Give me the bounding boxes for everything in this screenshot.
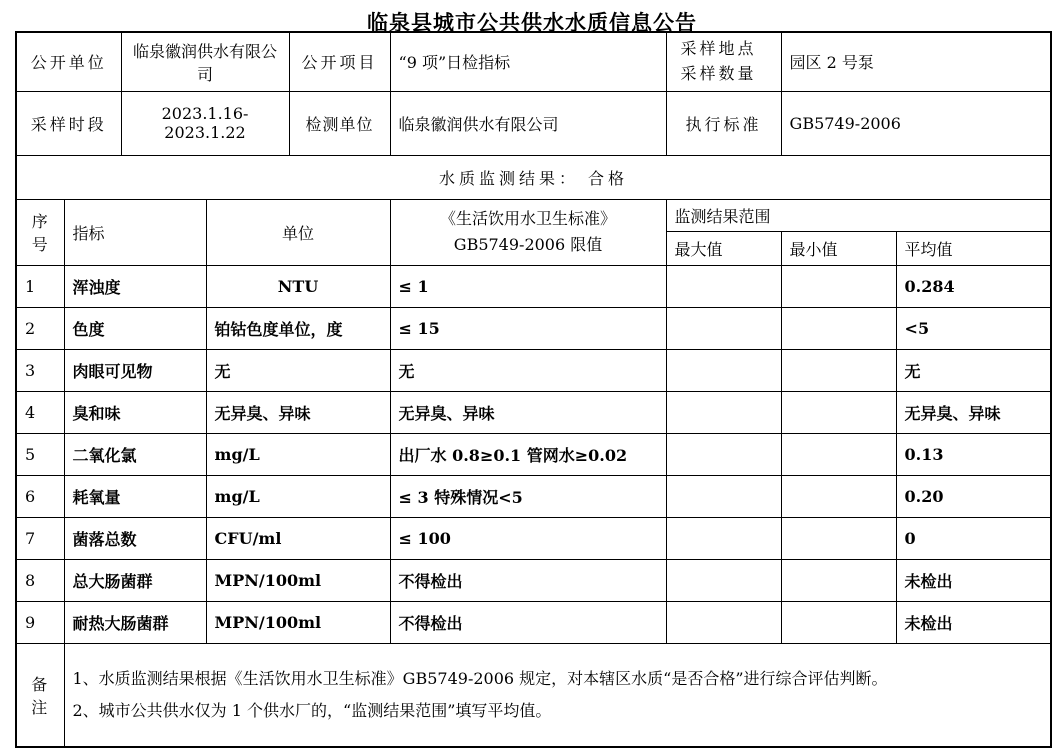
cell-seq: 4 xyxy=(16,391,64,433)
remarks-row: 备注 1、水质监测结果根据《生活饮用水卫生标准》GB5749-2006 规定，对… xyxy=(16,643,1051,747)
cell-limit: ≤ 15 xyxy=(390,307,666,349)
standard-label: 执行标准 xyxy=(666,91,781,155)
remarks-line-2: 2、城市公共供水仅为 1 个供水厂的，“监测结果范围”填写平均值。 xyxy=(73,695,1043,727)
cell-min xyxy=(781,601,896,643)
cell-seq: 2 xyxy=(16,307,64,349)
cell-indicator: 臭和味 xyxy=(64,391,206,433)
cell-indicator: 浑浊度 xyxy=(64,265,206,307)
cell-max xyxy=(666,265,781,307)
cell-limit: ≤ 3 特殊情况<5 xyxy=(390,475,666,517)
cell-min xyxy=(781,433,896,475)
cell-indicator: 耐热大肠菌群 xyxy=(64,601,206,643)
table-row: 4 臭和味 无异臭、异味 无异臭、异味 无异臭、异味 xyxy=(16,391,1051,433)
cell-max xyxy=(666,349,781,391)
header-limit-line1: 《生活饮用水卫生标准》 xyxy=(399,206,658,232)
testing-unit-label: 检测单位 xyxy=(289,91,390,155)
cell-seq: 6 xyxy=(16,475,64,517)
cell-indicator: 总大肠菌群 xyxy=(64,559,206,601)
cell-limit: ≤ 1 xyxy=(390,265,666,307)
sampling-site-label-line2: 采样数量 xyxy=(675,62,773,87)
cell-unit: MPN/100ml xyxy=(206,601,390,643)
cell-unit: NTU xyxy=(206,265,390,307)
header-unit: 单位 xyxy=(206,199,390,265)
remarks-line-1: 1、水质监测结果根据《生活饮用水卫生标准》GB5749-2006 规定，对本辖区… xyxy=(73,663,1043,695)
cell-avg: 0.20 xyxy=(896,475,1051,517)
sampling-period-value: 2023.1.16-2023.1.22 xyxy=(121,91,289,155)
cell-avg: 0.284 xyxy=(896,265,1051,307)
sampling-site-label-line1: 采样地点 xyxy=(675,37,773,62)
cell-avg: 0 xyxy=(896,517,1051,559)
cell-seq: 1 xyxy=(16,265,64,307)
header-limit-line2: GB5749-2006 限值 xyxy=(399,232,658,258)
table-header-row-1: 序号 指标 单位 《生活饮用水卫生标准》 GB5749-2006 限值 监测结果… xyxy=(16,199,1051,231)
cell-min xyxy=(781,517,896,559)
cell-min xyxy=(781,349,896,391)
header-limit: 《生活饮用水卫生标准》 GB5749-2006 限值 xyxy=(390,199,666,265)
water-quality-table: 公开单位 临泉徽润供水有限公司 公开项目 “9 项”日检指标 采样地点 采样数量… xyxy=(15,31,1052,748)
sampling-period-label: 采样时段 xyxy=(16,91,121,155)
cell-min xyxy=(781,559,896,601)
cell-max xyxy=(666,391,781,433)
info-row-2: 采样时段 2023.1.16-2023.1.22 检测单位 临泉徽润供水有限公司… xyxy=(16,91,1051,155)
cell-avg: 无 xyxy=(896,349,1051,391)
table-row: 5 二氧化氯 mg/L 出厂水 0.8≥0.1 管网水≥0.02 0.13 xyxy=(16,433,1051,475)
result-banner-row: 水质监测结果： 合格 xyxy=(16,155,1051,199)
cell-seq: 3 xyxy=(16,349,64,391)
info-row-1: 公开单位 临泉徽润供水有限公司 公开项目 “9 项”日检指标 采样地点 采样数量… xyxy=(16,32,1051,91)
cell-limit: 无 xyxy=(390,349,666,391)
remarks-text: 1、水质监测结果根据《生活饮用水卫生标准》GB5749-2006 规定，对本辖区… xyxy=(64,643,1051,747)
public-item-value: “9 项”日检指标 xyxy=(390,32,666,91)
cell-indicator: 耗氧量 xyxy=(64,475,206,517)
cell-max xyxy=(666,559,781,601)
header-seq: 序号 xyxy=(16,199,64,265)
cell-avg: 未检出 xyxy=(896,601,1051,643)
cell-limit: ≤ 100 xyxy=(390,517,666,559)
cell-indicator: 菌落总数 xyxy=(64,517,206,559)
cell-min xyxy=(781,307,896,349)
cell-min xyxy=(781,265,896,307)
cell-min xyxy=(781,475,896,517)
cell-seq: 7 xyxy=(16,517,64,559)
public-item-label: 公开项目 xyxy=(289,32,390,91)
cell-max xyxy=(666,517,781,559)
cell-avg: 无异臭、异味 xyxy=(896,391,1051,433)
table-row: 1 浑浊度 NTU ≤ 1 0.284 xyxy=(16,265,1051,307)
cell-max xyxy=(666,433,781,475)
cell-limit: 无异臭、异味 xyxy=(390,391,666,433)
cell-max xyxy=(666,307,781,349)
cell-unit: mg/L xyxy=(206,433,390,475)
cell-limit: 不得检出 xyxy=(390,601,666,643)
cell-max xyxy=(666,475,781,517)
cell-limit: 出厂水 0.8≥0.1 管网水≥0.02 xyxy=(390,433,666,475)
table-row: 3 肉眼可见物 无 无 无 xyxy=(16,349,1051,391)
sampling-site-label: 采样地点 采样数量 xyxy=(666,32,781,91)
table-row: 8 总大肠菌群 MPN/100ml 不得检出 未检出 xyxy=(16,559,1051,601)
cell-unit: CFU/ml xyxy=(206,517,390,559)
header-min: 最小值 xyxy=(781,231,896,265)
table-row: 2 色度 铂钴色度单位，度 ≤ 15 <5 xyxy=(16,307,1051,349)
cell-seq: 9 xyxy=(16,601,64,643)
cell-avg: <5 xyxy=(896,307,1051,349)
cell-max xyxy=(666,601,781,643)
sampling-site-value: 园区 2 号泵 xyxy=(781,32,1051,91)
cell-unit: 无异臭、异味 xyxy=(206,391,390,433)
cell-avg: 未检出 xyxy=(896,559,1051,601)
cell-seq: 5 xyxy=(16,433,64,475)
public-unit-label: 公开单位 xyxy=(16,32,121,91)
public-unit-value: 临泉徽润供水有限公司 xyxy=(121,32,289,91)
cell-avg: 0.13 xyxy=(896,433,1051,475)
cell-min xyxy=(781,391,896,433)
header-avg: 平均值 xyxy=(896,231,1051,265)
cell-limit: 不得检出 xyxy=(390,559,666,601)
header-indicator: 指标 xyxy=(64,199,206,265)
cell-seq: 8 xyxy=(16,559,64,601)
page-title: 临泉县城市公共供水水质信息公告 xyxy=(0,0,1064,31)
table-row: 6 耗氧量 mg/L ≤ 3 特殊情况<5 0.20 xyxy=(16,475,1051,517)
result-banner: 水质监测结果： 合格 xyxy=(16,155,1051,199)
header-result-range: 监测结果范围 xyxy=(666,199,1051,231)
table-row: 9 耐热大肠菌群 MPN/100ml 不得检出 未检出 xyxy=(16,601,1051,643)
cell-indicator: 二氧化氯 xyxy=(64,433,206,475)
cell-indicator: 肉眼可见物 xyxy=(64,349,206,391)
testing-unit-value: 临泉徽润供水有限公司 xyxy=(390,91,666,155)
cell-unit: 铂钴色度单位，度 xyxy=(206,307,390,349)
announcement-page: 临泉县城市公共供水水质信息公告 公开单位 临泉徽润供水有限公司 公开项目 “9 … xyxy=(0,0,1064,756)
cell-unit: 无 xyxy=(206,349,390,391)
cell-unit: mg/L xyxy=(206,475,390,517)
table-row: 7 菌落总数 CFU/ml ≤ 100 0 xyxy=(16,517,1051,559)
standard-value: GB5749-2006 xyxy=(781,91,1051,155)
remarks-label: 备注 xyxy=(16,643,64,747)
header-max: 最大值 xyxy=(666,231,781,265)
cell-indicator: 色度 xyxy=(64,307,206,349)
cell-unit: MPN/100ml xyxy=(206,559,390,601)
